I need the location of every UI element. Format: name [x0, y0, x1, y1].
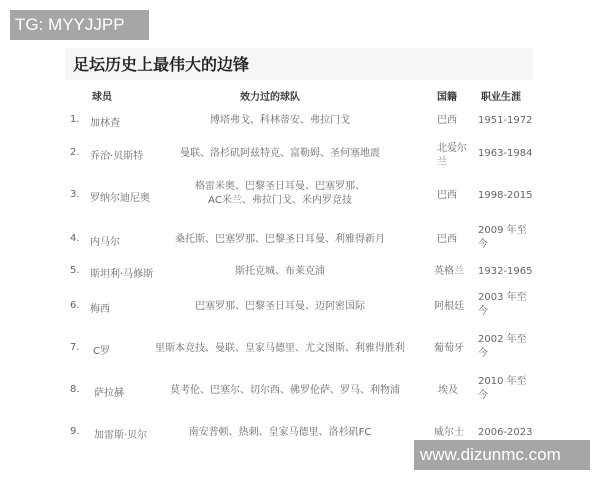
player-name: 乔治·贝斯特: [90, 147, 143, 162]
player-nationality: 英格兰: [434, 265, 464, 279]
player-career: 1951-1972: [478, 114, 536, 128]
header-career: 职业生涯: [481, 88, 521, 103]
header-player: 球员: [92, 88, 112, 103]
player-nationality: 威尔士: [434, 426, 464, 440]
player-teams: 巴塞罗那、巴黎圣日耳曼、迈阿密国际: [160, 300, 400, 314]
player-name: 梅西: [90, 300, 110, 315]
page-title: 足坛历史上最伟大的边锋: [73, 52, 249, 75]
player-nationality: 埃及: [438, 384, 468, 398]
player-career: 1998-2015: [478, 189, 536, 203]
header-teams: 效力过的球队: [240, 88, 300, 103]
row-number: 3.: [70, 189, 80, 200]
row-number: 6.: [70, 300, 80, 311]
row-number: 5.: [70, 265, 80, 276]
player-career: 2003 年至今: [478, 291, 536, 319]
player-career: 2002 年至今: [478, 333, 536, 361]
player-name: 加雷斯·贝尔: [94, 426, 147, 441]
watermark-top: TG: MYYJJPP: [10, 10, 149, 40]
player-teams: 南安普顿、热刺、皇家马德里、洛杉矶FC: [160, 426, 400, 440]
player-teams: 博塔弗戈、科林蒂安、弗拉门戈: [160, 114, 400, 128]
player-nationality: 葡萄牙: [434, 342, 464, 356]
row-number: 2.: [70, 147, 80, 158]
player-nationality: 巴西: [437, 114, 467, 128]
player-career: 1932-1965: [478, 265, 536, 279]
player-nationality: 巴西: [437, 189, 467, 203]
player-teams: 里斯本竞技、曼联、皇家马德里、尤文图斯、利雅得胜利: [145, 342, 415, 356]
player-name: 萨拉赫: [94, 384, 124, 399]
row-number: 4.: [70, 233, 80, 244]
player-teams: 莫考伦、巴塞尔、切尔西、佛罗伦萨、罗马、利物浦: [160, 384, 410, 398]
player-career: 2010 年至今: [478, 375, 536, 403]
player-nationality: 北爱尔兰: [437, 142, 467, 170]
player-name: 斯坦利·马修斯: [90, 265, 153, 280]
player-nationality: 阿根廷: [434, 300, 464, 314]
player-teams: 桑托斯、巴塞罗那、巴黎圣日耳曼、利雅得新月: [160, 233, 400, 247]
player-name: C罗: [93, 342, 110, 357]
player-career: 2006-2023: [478, 426, 536, 440]
row-number: 1.: [70, 114, 80, 125]
row-number: 9.: [70, 426, 80, 437]
player-teams: 格雷米奥、巴黎圣日耳曼、巴塞罗那、AC米兰、弗拉门戈、米内罗竞技: [195, 180, 365, 208]
player-nationality: 巴西: [437, 233, 467, 247]
row-number: 8.: [70, 384, 80, 395]
player-teams: 曼联、洛杉矶阿兹特克、富勒姆、圣何塞地震: [160, 147, 400, 161]
player-career: 2009 年至今: [478, 224, 536, 252]
player-name: 加林查: [90, 114, 120, 129]
title-bar: 足坛历史上最伟大的边锋: [65, 48, 533, 80]
player-name: 内马尔: [90, 233, 120, 248]
player-career: 1963-1984: [478, 147, 536, 161]
player-name: 罗纳尔迪尼奥: [90, 189, 150, 204]
player-teams: 斯托克城、布莱克浦: [160, 265, 400, 279]
header-nationality: 国籍: [437, 88, 457, 103]
row-number: 7.: [70, 342, 80, 353]
watermark-bottom: www.dizunmc.com: [414, 440, 590, 470]
